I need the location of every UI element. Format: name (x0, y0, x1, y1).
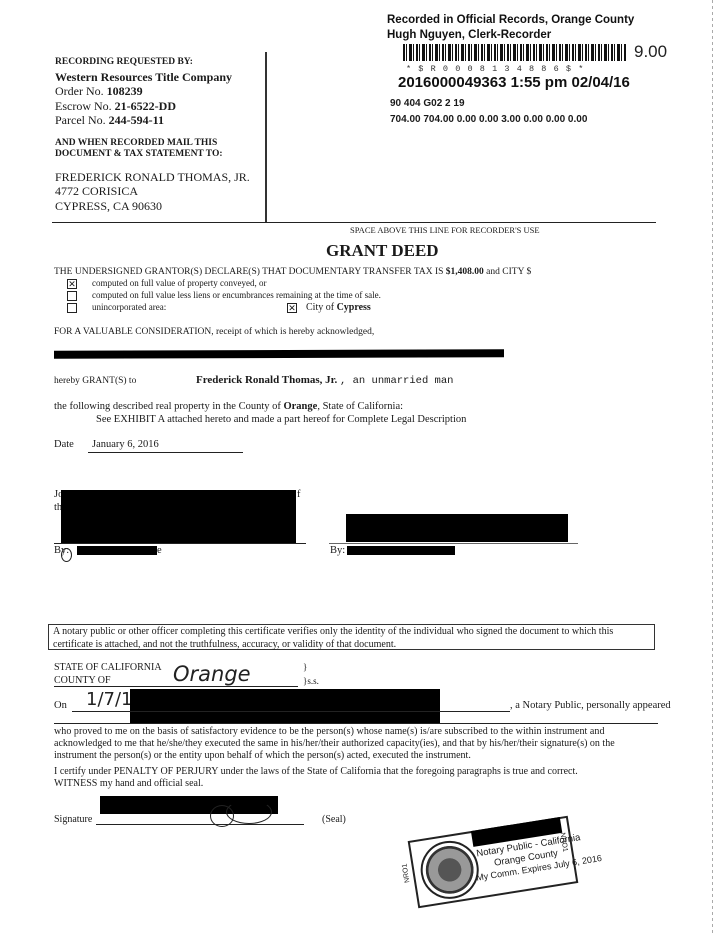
signer-fragment-1-end: f (297, 489, 301, 500)
header-divider (265, 52, 267, 223)
checkbox-less-liens[interactable] (67, 291, 77, 301)
notary-appeared: , a Notary Public, personally appeared (510, 700, 671, 711)
recording-requested-label: RECORDING REQUESTED BY: (55, 55, 250, 70)
property-prefix: the following described real property in… (54, 401, 281, 412)
property-county: Orange (283, 401, 317, 412)
recorder-fees: 704.00 704.00 0.00 0.00 3.00 0.00 0.00 0… (390, 114, 587, 125)
city-label: City of (306, 302, 334, 313)
notary-seal-stamp: Notary Public - California Orange County… (408, 816, 579, 909)
date-label: Date (54, 439, 74, 450)
parcel-number: Parcel No. 244-594-11 (55, 113, 250, 128)
recording-request-block: RECORDING REQUESTED BY: Western Resource… (55, 55, 250, 213)
recording-fee: 9.00 (634, 42, 667, 62)
proof-line-3: instrument the person(s) or the entity u… (54, 750, 471, 761)
scan-edge (712, 0, 713, 933)
escrow-number: Escrow No. 21-6522-DD (55, 99, 250, 114)
barcode (403, 44, 627, 61)
appeared-line (54, 723, 658, 724)
parcel-value: 244-594-11 (109, 113, 164, 127)
checkbox-full-value[interactable]: ✕ (67, 279, 77, 289)
checkbox-unincorporated[interactable] (67, 303, 77, 313)
recorder-space-line (52, 222, 656, 223)
order-label: Order No. (55, 84, 104, 98)
notary-disclaimer: A notary public or other officer complet… (48, 624, 655, 650)
perjury-statement: I certify under PENALTY OF PERJURY under… (54, 766, 578, 777)
by-right-label: By: (330, 545, 345, 556)
by-right-redaction (347, 546, 455, 555)
seal-label: (Seal) (322, 814, 346, 825)
barcode-text: *$R0008134886$* (406, 64, 591, 74)
by-left-end: e (157, 545, 162, 556)
tax-declaration-text: THE UNDERSIGNED GRANTOR(S) DECLARE(S) TH… (54, 267, 443, 277)
recorder-stamp-title: Recorded in Official Records, Orange Cou… (387, 14, 634, 26)
order-number: Order No. 108239 (55, 84, 250, 99)
title-company: Western Resources Title Company (55, 70, 250, 85)
recorder-name: Hugh Nguyen, Clerk-Recorder (387, 29, 551, 41)
brace-1: } (303, 662, 307, 672)
signature-flourish-2 (226, 800, 272, 824)
escrow-value: 21-6522-DD (115, 99, 176, 113)
option-unincorporated: unincorporated area: (92, 302, 166, 312)
signature-line (96, 824, 304, 825)
left-signature-line (54, 543, 306, 544)
signature-label: Signature (54, 814, 92, 825)
city-tax-label: and CITY $ (486, 267, 531, 277)
city-name: Cypress (337, 302, 371, 313)
tax-declaration: THE UNDERSIGNED GRANTOR(S) DECLARE(S) TH… (54, 267, 531, 277)
document-number: 2016000049363 1:55 pm 02/04/16 (398, 74, 630, 91)
on-label: On (54, 700, 67, 711)
parcel-label: Parcel No. (55, 113, 106, 127)
left-signature-redaction (61, 490, 296, 544)
notary-name-redaction (130, 689, 440, 723)
proof-line-2: acknowledged to me that he/she/they exec… (54, 738, 615, 749)
grant-prefix: hereby GRANT(S) to (54, 376, 136, 386)
notary-county-handwritten: Orange (173, 662, 251, 686)
mail-to-label-1: AND WHEN RECORDED MAIL THIS (55, 138, 250, 149)
recorder-codes: 90 404 G02 2 19 (390, 98, 465, 109)
property-line-2: See EXHIBIT A attached hereto and made a… (96, 414, 466, 425)
option-full-value: computed on full value of property conve… (92, 278, 266, 288)
mail-to-name: FREDERICK RONALD THOMAS, JR. (55, 170, 250, 185)
order-value: 108239 (107, 84, 143, 98)
checkbox-city[interactable]: ✕ (287, 303, 297, 313)
proof-line-1: who proved to me on the basis of satisfa… (54, 726, 605, 737)
county-line (54, 686, 298, 687)
property-line-1: the following described real property in… (54, 401, 403, 412)
right-signature-redaction (346, 514, 568, 542)
escrow-label: Escrow No. (55, 99, 112, 113)
city-option: City of Cypress (306, 302, 371, 313)
by-left-redaction (77, 546, 157, 555)
mail-to-street: 4772 CORISICA (55, 184, 250, 199)
date-line (88, 452, 243, 453)
consideration-clause: FOR A VALUABLE CONSIDERATION, receipt of… (54, 327, 374, 337)
option-less-liens: computed on full value less liens or enc… (92, 290, 381, 300)
notary-state: STATE OF CALIFORNIA (54, 662, 162, 673)
mail-to-city: CYPRESS, CA 90630 (55, 199, 250, 214)
grantee-name: Frederick Ronald Thomas, Jr. (196, 374, 337, 386)
right-signature-line (329, 543, 578, 544)
grantor-redaction (54, 349, 504, 359)
initial-circle (61, 548, 72, 562)
date-value: January 6, 2016 (92, 439, 159, 450)
property-state: , State of California: (317, 401, 403, 412)
seal-code-left: NRO1 (401, 863, 411, 883)
space-above-label: SPACE ABOVE THIS LINE FOR RECORDER'S USE (350, 225, 540, 235)
witness-statement: WITNESS my hand and official seal. (54, 778, 203, 789)
transfer-tax-amount: $1,408.00 (446, 267, 484, 277)
grantee-status: , an unmarried man (340, 375, 453, 387)
on-line (72, 711, 510, 712)
mail-to-label-2: DOCUMENT & TAX STATEMENT TO: (55, 149, 250, 160)
grant-clause: Frederick Ronald Thomas, Jr. , an unmarr… (196, 374, 453, 387)
ss-label: }s.s. (303, 676, 319, 686)
notary-county-label: COUNTY OF (54, 675, 111, 686)
document-title: GRANT DEED (326, 241, 439, 261)
